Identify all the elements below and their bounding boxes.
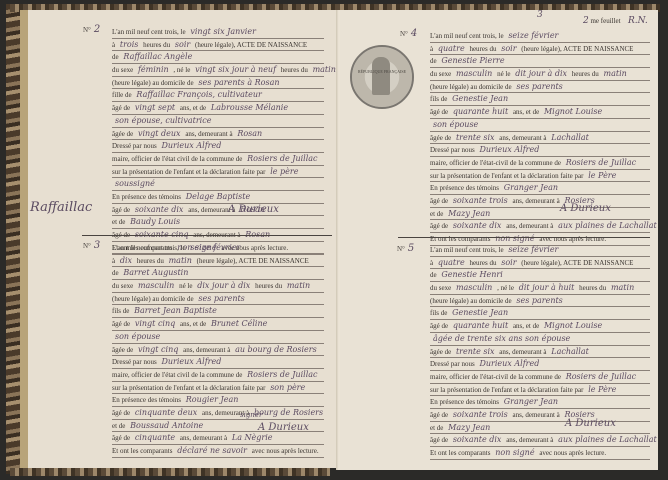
- printed-text: né le: [179, 282, 192, 290]
- handwritten-field: dit jour à dix: [512, 69, 570, 78]
- handwritten-field: quatre: [435, 44, 468, 53]
- record-line: maire, officier de l'état-civil de la co…: [430, 157, 650, 170]
- handwritten-field: matin: [310, 65, 339, 74]
- printed-text: ans, demeurant à: [506, 436, 553, 444]
- handwritten-field: Genestie Henri: [438, 270, 505, 279]
- handwritten-field: le père: [267, 167, 301, 176]
- printed-text: ans, demeurant à: [506, 222, 553, 230]
- handwritten-field: Durieux Alfred: [158, 357, 224, 366]
- record-line: âgé de vingt sept ans, et de Labrousse M…: [112, 102, 324, 115]
- handwritten-field: Mazy Jean: [445, 423, 493, 432]
- record-line: âgé de quarante huit ans, et de Mignot L…: [430, 106, 650, 119]
- handwritten-field: féminin: [135, 65, 172, 74]
- record-line: âgé de cinquante deux ans, demeurant à b…: [112, 407, 324, 420]
- printed-text: sur la présentation de l'enfant et la dé…: [112, 168, 265, 176]
- record-line: âgé de soixante dix ans, demeurant à aux…: [430, 434, 650, 447]
- number-prefix: N°: [83, 26, 91, 34]
- printed-text: âgée de: [430, 348, 451, 356]
- printed-text: heures du: [469, 259, 496, 267]
- entry-number: N°2: [83, 24, 100, 35]
- record-line: En présence des témoins Rougier Jean: [112, 394, 324, 407]
- printed-text: ans, demeurant à: [513, 197, 560, 205]
- entry-number-value: 5: [408, 243, 414, 254]
- printed-text: (heure légale), ACTE DE NAISSANCE: [195, 41, 307, 49]
- printed-text: du sexe: [430, 70, 451, 78]
- printed-text: âgée de: [112, 130, 133, 138]
- number-prefix: N°: [83, 242, 91, 250]
- feuillet-number: 2: [583, 16, 589, 26]
- seal-label: RÉPUBLIQUE FRANÇAISE: [352, 69, 412, 74]
- handwritten-field: Rosiers de Juillac: [563, 372, 639, 381]
- handwritten-field: vingt cinq: [135, 345, 181, 354]
- printed-text: ans, demeurant à: [180, 434, 227, 442]
- printed-text: âgé de: [430, 222, 448, 230]
- printed-text: âgé de: [112, 409, 130, 417]
- record-line: (heure légale) au domicile de ses parent…: [430, 81, 650, 94]
- handwritten-field: vingt sept: [132, 103, 178, 112]
- record-line: Et ont les comparants non signé avec nou…: [430, 447, 650, 460]
- handwritten-field: cinquante: [132, 433, 178, 442]
- handwritten-field: Mignot Louise: [541, 321, 605, 330]
- record-line: âgé de vingt cinq ans, et de Brunet Céli…: [112, 318, 324, 331]
- record-line: âgé de soixante dix ans, demeurant à Ros…: [112, 204, 324, 217]
- printed-text: heures du: [469, 45, 496, 53]
- record-line: maire, officier de l'état civil de la co…: [112, 153, 324, 166]
- handwritten-field: Durieux Alfred: [476, 145, 542, 154]
- handwritten-field: dix jour à dix: [194, 281, 253, 290]
- record-line: fils de Barret Jean Baptiste: [112, 305, 324, 318]
- record-line: (heure légale) au domicile de ses parent…: [112, 77, 324, 90]
- record-line: et de Baudy Louis: [112, 216, 324, 229]
- printed-text: du sexe: [112, 282, 133, 290]
- handwritten-field: soixante dix: [450, 435, 505, 444]
- printed-text: maire, officier de l'état civil de la co…: [112, 155, 242, 163]
- printed-text: Et ont les comparants: [430, 449, 490, 457]
- handwritten-field: Baudy Louis: [127, 217, 183, 226]
- record-line: du sexe masculin né le dit jour à dix he…: [430, 68, 650, 81]
- printed-text: et de: [112, 422, 125, 430]
- handwritten-field: masculin: [453, 69, 495, 78]
- handwritten-field: son épouse: [430, 120, 481, 129]
- birth-record-entry: L'an mil neuf cent trois, le seize févri…: [430, 30, 650, 246]
- printed-text: âgé de: [430, 197, 448, 205]
- printed-text: né le: [497, 70, 510, 78]
- printed-text: âgé de: [112, 320, 130, 328]
- handwritten-field: le Père: [585, 385, 619, 394]
- printed-text: , né le: [497, 284, 514, 292]
- handwritten-field: âgée de trente six ans son épouse: [430, 334, 573, 343]
- handwritten-field: Mignot Louise: [541, 107, 605, 116]
- signature-mayor: A Durieux: [565, 418, 616, 429]
- printed-text: ans, demeurant à: [183, 346, 230, 354]
- record-line: sur la présentation de l'enfant et la dé…: [430, 384, 650, 397]
- record-line: maire, officier de l'état-civil de la co…: [430, 371, 650, 384]
- printed-text: maire, officier de l'état-civil de la co…: [430, 159, 561, 167]
- printed-text: âgé de: [430, 322, 448, 330]
- record-line: L'an mil neuf cent trois, le vingt six J…: [112, 26, 324, 39]
- handwritten-field: son père: [267, 383, 308, 392]
- record-line: de Raffaillac Angèle: [112, 51, 324, 64]
- printed-text: à: [430, 259, 433, 267]
- record-line: En présence des témoins Granger Jean: [430, 396, 650, 409]
- record-line: à quatre heures du soir (heure légale), …: [430, 43, 650, 56]
- entry-number-value: 4: [411, 28, 417, 39]
- printed-text: En présence des témoins: [112, 396, 181, 404]
- printed-text: fils de: [112, 307, 129, 315]
- handwritten-field: seize février: [505, 245, 561, 254]
- handwritten-field: cinquante deux: [132, 408, 200, 417]
- printed-text: L'an mil neuf cent trois, le: [112, 244, 186, 252]
- record-line: En présence des témoins Granger Jean: [430, 182, 650, 195]
- record-line: L'an mil neuf cent trois, le seize févri…: [112, 242, 324, 255]
- handwritten-field: ses parents à Rosan: [195, 78, 282, 87]
- handwritten-field: au bourg de Rosiers: [232, 345, 320, 354]
- republique-francaise-seal-icon: RÉPUBLIQUE FRANÇAISE: [350, 45, 414, 109]
- entry-separator: [398, 237, 650, 238]
- handwritten-field: masculin: [135, 281, 177, 290]
- printed-text: L'an mil neuf cent trois, le: [112, 28, 186, 36]
- handwritten-field: Genestie Pierre: [438, 56, 507, 65]
- printed-text: sur la présentation de l'enfant et la dé…: [430, 386, 583, 394]
- handwritten-field: masculin: [453, 283, 495, 292]
- handwritten-field: soixante dix: [450, 221, 505, 230]
- record-line: et de Mazy Jean: [430, 422, 650, 435]
- signature-declarant: Raffaillac: [30, 200, 92, 215]
- handwritten-field: soir: [498, 44, 519, 53]
- entry-number: N°3: [83, 240, 100, 251]
- birth-record-entry: L'an mil neuf cent trois, le vingt six J…: [112, 26, 324, 254]
- printed-text: fils de: [430, 95, 447, 103]
- handwritten-field: trente six: [453, 133, 498, 142]
- handwritten-field: trente six: [453, 347, 498, 356]
- record-line: sur la présentation de l'enfant et la dé…: [112, 166, 324, 179]
- record-line: fille de Raffaillac François, cultivateu…: [112, 89, 324, 102]
- birth-record-entry: L'an mil neuf cent trois, le seize févri…: [430, 244, 650, 460]
- handwritten-field: le Père: [585, 171, 619, 180]
- seal-figure: [372, 57, 390, 95]
- handwritten-field: matin: [166, 256, 195, 265]
- record-line: fils de Genestie Jean: [430, 93, 650, 106]
- signature-mayor: A Durieux: [258, 422, 309, 433]
- record-line: Dressé par nous Durieux Alfred: [112, 140, 324, 153]
- handwritten-field: Genestie Jean: [449, 94, 511, 103]
- printed-text: ans, demeurant à: [499, 134, 546, 142]
- handwritten-field: trois: [117, 40, 142, 49]
- entry-number-value: 2: [94, 24, 100, 35]
- printed-text: à: [112, 257, 115, 265]
- printed-text: du sexe: [430, 284, 451, 292]
- printed-text: âgée de: [112, 346, 133, 354]
- handwritten-field: soixante trois: [450, 410, 511, 419]
- printed-text: à: [430, 45, 433, 53]
- printed-text: Dressé par nous: [430, 360, 475, 368]
- printed-text: ans, et de: [180, 104, 206, 112]
- handwritten-field: vingt cinq: [132, 319, 178, 328]
- handwritten-field: quatre: [435, 258, 468, 267]
- printed-text: (heure légale) au domicile de: [430, 297, 512, 305]
- record-line: âgée de trente six ans, demeurant à Lach…: [430, 346, 650, 359]
- record-line: de Barret Augustin: [112, 267, 324, 280]
- printed-text: Dressé par nous: [112, 358, 157, 366]
- record-line: Dressé par nous Durieux Alfred: [430, 144, 650, 157]
- handwritten-field: seize février: [505, 31, 561, 40]
- handwritten-field: vingt six jour à neuf: [192, 65, 279, 74]
- printed-text: de: [112, 53, 119, 61]
- handwritten-field: quarante huit: [450, 107, 511, 116]
- printed-text: (heure légale) au domicile de: [112, 79, 194, 87]
- printed-text: (heure légale), ACTE DE NAISSANCE: [521, 45, 633, 53]
- handwritten-field: Barret Augustin: [120, 268, 191, 277]
- handwritten-field: matin: [601, 69, 630, 78]
- record-line: à quatre heures du soir (heure légale), …: [430, 257, 650, 270]
- handwritten-field: déclaré ne savoir: [174, 446, 250, 455]
- printed-text: (heure légale), ACTE DE NAISSANCE: [521, 259, 633, 267]
- printed-text: du sexe: [112, 66, 133, 74]
- pencil-page-number: 3: [537, 10, 543, 20]
- record-line: (heure légale) au domicile de ses parent…: [112, 293, 324, 306]
- handwritten-field: Lachallat: [548, 133, 592, 142]
- handwritten-field: ses parents: [513, 82, 565, 91]
- entry-number: N°5: [397, 243, 414, 254]
- handwritten-field: Mazy Jean: [445, 209, 493, 218]
- handwritten-field: soixante trois: [450, 196, 511, 205]
- printed-text: L'an mil neuf cent trois, le: [430, 246, 504, 254]
- handwritten-field: Durieux Alfred: [476, 359, 542, 368]
- record-line: sur la présentation de l'enfant et la dé…: [112, 382, 324, 395]
- printed-text: Et ont les comparants: [112, 447, 172, 455]
- printed-text: ans, demeurant à: [185, 130, 232, 138]
- printed-text: ans, demeurant à: [499, 348, 546, 356]
- record-line: Dressé par nous Durieux Alfred: [430, 358, 650, 371]
- printed-text: heures du: [281, 66, 308, 74]
- handwritten-field: Rosiers de Juillac: [563, 158, 639, 167]
- record-line: sur la présentation de l'enfant et la dé…: [430, 170, 650, 183]
- printed-text: fille de: [112, 91, 132, 99]
- signature-mayor: A Durieux: [560, 203, 611, 214]
- printed-text: Dressé par nous: [430, 146, 475, 154]
- record-line: âgée de vingt deux ans, demeurant à Rosa…: [112, 128, 324, 141]
- record-line: Et ont les comparants déclaré ne savoir …: [112, 445, 324, 458]
- handwritten-field: dix: [117, 256, 135, 265]
- record-line: son épouse, cultivatrice: [112, 115, 324, 128]
- handwritten-field: Barret Jean Baptiste: [131, 306, 220, 315]
- printed-text: maire, officier de l'état-civil de la co…: [430, 373, 561, 381]
- printed-text: heures du: [255, 282, 282, 290]
- printed-text: et de: [430, 210, 443, 218]
- handwritten-field: non signé: [492, 234, 537, 243]
- record-line: L'an mil neuf cent trois, le seize févri…: [430, 30, 650, 43]
- record-line: du sexe féminin , né le vingt six jour à…: [112, 64, 324, 77]
- handwritten-field: Rosiers de Juillac: [244, 154, 320, 163]
- signature-mayor: A Durieux: [228, 204, 279, 215]
- record-line: son épouse: [112, 331, 324, 344]
- printed-text: En présence des témoins: [430, 398, 499, 406]
- printed-text: ans, et de: [513, 108, 539, 116]
- printed-text: de: [430, 271, 437, 279]
- printed-text: maire, officier de l'état civil de la co…: [112, 371, 242, 379]
- handwritten-field: Boussaud Antoine: [127, 421, 206, 430]
- handwritten-field: ses parents: [513, 296, 565, 305]
- handwritten-field: vingt six Janvier: [187, 27, 259, 36]
- printed-text: ans, demeurant à: [513, 411, 560, 419]
- printed-text: âgé de: [430, 436, 448, 444]
- handwritten-field: son épouse, cultivatrice: [112, 116, 214, 125]
- record-line: âgé de soixante trois ans, demeurant à R…: [430, 409, 650, 422]
- printed-text: sur la présentation de l'enfant et la dé…: [112, 384, 265, 392]
- feuillet-label: 2 me feuillet: [583, 16, 621, 26]
- handwritten-field: Raffaillac François, cultivateur: [133, 90, 264, 99]
- handwritten-field: vingt deux: [135, 129, 184, 138]
- record-line: âgé de soixante trois ans, demeurant à R…: [430, 195, 650, 208]
- printed-text: heures du: [143, 41, 170, 49]
- record-line: son épouse: [430, 119, 650, 132]
- printed-text: de: [112, 269, 119, 277]
- book-edge-bottom: [10, 468, 330, 476]
- handwritten-field: aux plaines de Lachallat: [555, 221, 660, 230]
- record-line: de Genestie Pierre: [430, 55, 650, 68]
- record-line: En présence des témoins Delage Baptiste: [112, 191, 324, 204]
- record-line: (heure légale) au domicile de ses parent…: [430, 295, 650, 308]
- handwritten-field: Rougier Jean: [183, 395, 242, 404]
- record-line: âgé de soixante dix ans, demeurant à aux…: [430, 220, 650, 233]
- record-line: du sexe masculin , né le dit jour à huit…: [430, 282, 650, 295]
- number-prefix: N°: [400, 30, 408, 38]
- printed-text: âgé de: [112, 434, 130, 442]
- corner-initials: R.N.: [628, 16, 648, 26]
- handwritten-field: quarante huit: [450, 321, 511, 330]
- handwritten-field: son épouse: [112, 332, 163, 341]
- signature-annotation: signer: [240, 411, 262, 419]
- printed-text: âgé de: [112, 206, 130, 214]
- handwritten-field: ses parents: [195, 294, 247, 303]
- printed-text: et de: [430, 424, 443, 432]
- record-line: à dix heures du matin (heure légale), AC…: [112, 255, 324, 268]
- handwritten-field: Genestie Jean: [449, 308, 511, 317]
- record-line: à trois heures du soir (heure légale), A…: [112, 39, 324, 52]
- printed-text: (heure légale) au domicile de: [112, 295, 194, 303]
- record-line: maire, officier de l'état civil de la co…: [112, 369, 324, 382]
- record-line: de Genestie Henri: [430, 269, 650, 282]
- record-line: âgée de vingt cinq ans, demeurant à au b…: [112, 344, 324, 357]
- printed-text: (heure légale) au domicile de: [430, 83, 512, 91]
- printed-text: heures du: [572, 70, 599, 78]
- record-line: L'an mil neuf cent trois, le seize févri…: [430, 244, 650, 257]
- printed-text: En présence des témoins: [430, 184, 499, 192]
- printed-text: heures du: [137, 257, 164, 265]
- handwritten-field: Durieux Alfred: [158, 141, 224, 150]
- printed-text: âgée de: [430, 134, 451, 142]
- printed-text: et de: [112, 218, 125, 226]
- record-line: âgée de trente six ans son épouse: [430, 333, 650, 346]
- feuillet-text: me feuillet: [590, 17, 620, 25]
- handwritten-field: Rosiers de Juillac: [244, 370, 320, 379]
- handwritten-field: soussigné: [112, 179, 158, 188]
- record-line: et de Mazy Jean: [430, 208, 650, 221]
- printed-text: ans, et de: [180, 320, 206, 328]
- handwritten-field: Raffaillac Angèle: [120, 52, 195, 61]
- printed-text: heures du: [579, 284, 606, 292]
- printed-text: En présence des témoins: [112, 193, 181, 201]
- handwritten-field: dit jour à huit: [516, 283, 578, 292]
- record-line: soussigné: [112, 178, 324, 191]
- printed-text: âgé de: [430, 411, 448, 419]
- printed-text: Dressé par nous: [112, 142, 157, 150]
- handwritten-field: seize février: [187, 243, 243, 252]
- handwritten-field: non signé: [492, 448, 537, 457]
- handwritten-field: Delage Baptiste: [183, 192, 253, 201]
- entry-number-value: 3: [94, 240, 100, 251]
- entry-separator: [82, 235, 332, 236]
- record-line: Dressé par nous Durieux Alfred: [112, 356, 324, 369]
- number-prefix: N°: [397, 245, 405, 253]
- printed-text: de: [430, 57, 437, 65]
- handwritten-field: La Nègrie: [229, 433, 276, 442]
- handwritten-field: aux plaines de Lachallat: [555, 435, 660, 444]
- handwritten-field: matin: [608, 283, 637, 292]
- printed-text: , né le: [173, 66, 190, 74]
- printed-text: avec nous après lecture.: [539, 449, 606, 457]
- handwritten-field: Rosan: [234, 129, 265, 138]
- handwritten-field: soir: [172, 40, 193, 49]
- record-line: âgée de trente six ans, demeurant à Lach…: [430, 132, 650, 145]
- printed-text: fils de: [430, 309, 447, 317]
- printed-text: L'an mil neuf cent trois, le: [430, 32, 504, 40]
- printed-text: âgé de: [430, 108, 448, 116]
- printed-text: avec nous après lecture.: [252, 447, 319, 455]
- handwritten-field: soixante dix: [132, 205, 187, 214]
- handwritten-field: Labrousse Mélanie: [208, 103, 291, 112]
- printed-text: ans, et de: [513, 322, 539, 330]
- handwritten-field: Granger Jean: [501, 183, 561, 192]
- printed-text: âgé de: [112, 104, 130, 112]
- record-line: fils de Genestie Jean: [430, 307, 650, 320]
- printed-text: sur la présentation de l'enfant et la dé…: [430, 172, 583, 180]
- entry-number: N°4: [400, 28, 417, 39]
- handwritten-field: Lachallat: [548, 347, 592, 356]
- handwritten-field: Granger Jean: [501, 397, 561, 406]
- handwritten-field: soir: [498, 258, 519, 267]
- record-line: âgé de cinquante ans, demeurant à La Nèg…: [112, 432, 324, 445]
- record-line: âgé de quarante huit ans, et de Mignot L…: [430, 320, 650, 333]
- record-line: du sexe masculin né le dix jour à dix he…: [112, 280, 324, 293]
- printed-text: à: [112, 41, 115, 49]
- handwritten-field: Brunet Céline: [208, 319, 270, 328]
- handwritten-field: matin: [284, 281, 313, 290]
- printed-text: (heure légale), ACTE DE NAISSANCE: [197, 257, 309, 265]
